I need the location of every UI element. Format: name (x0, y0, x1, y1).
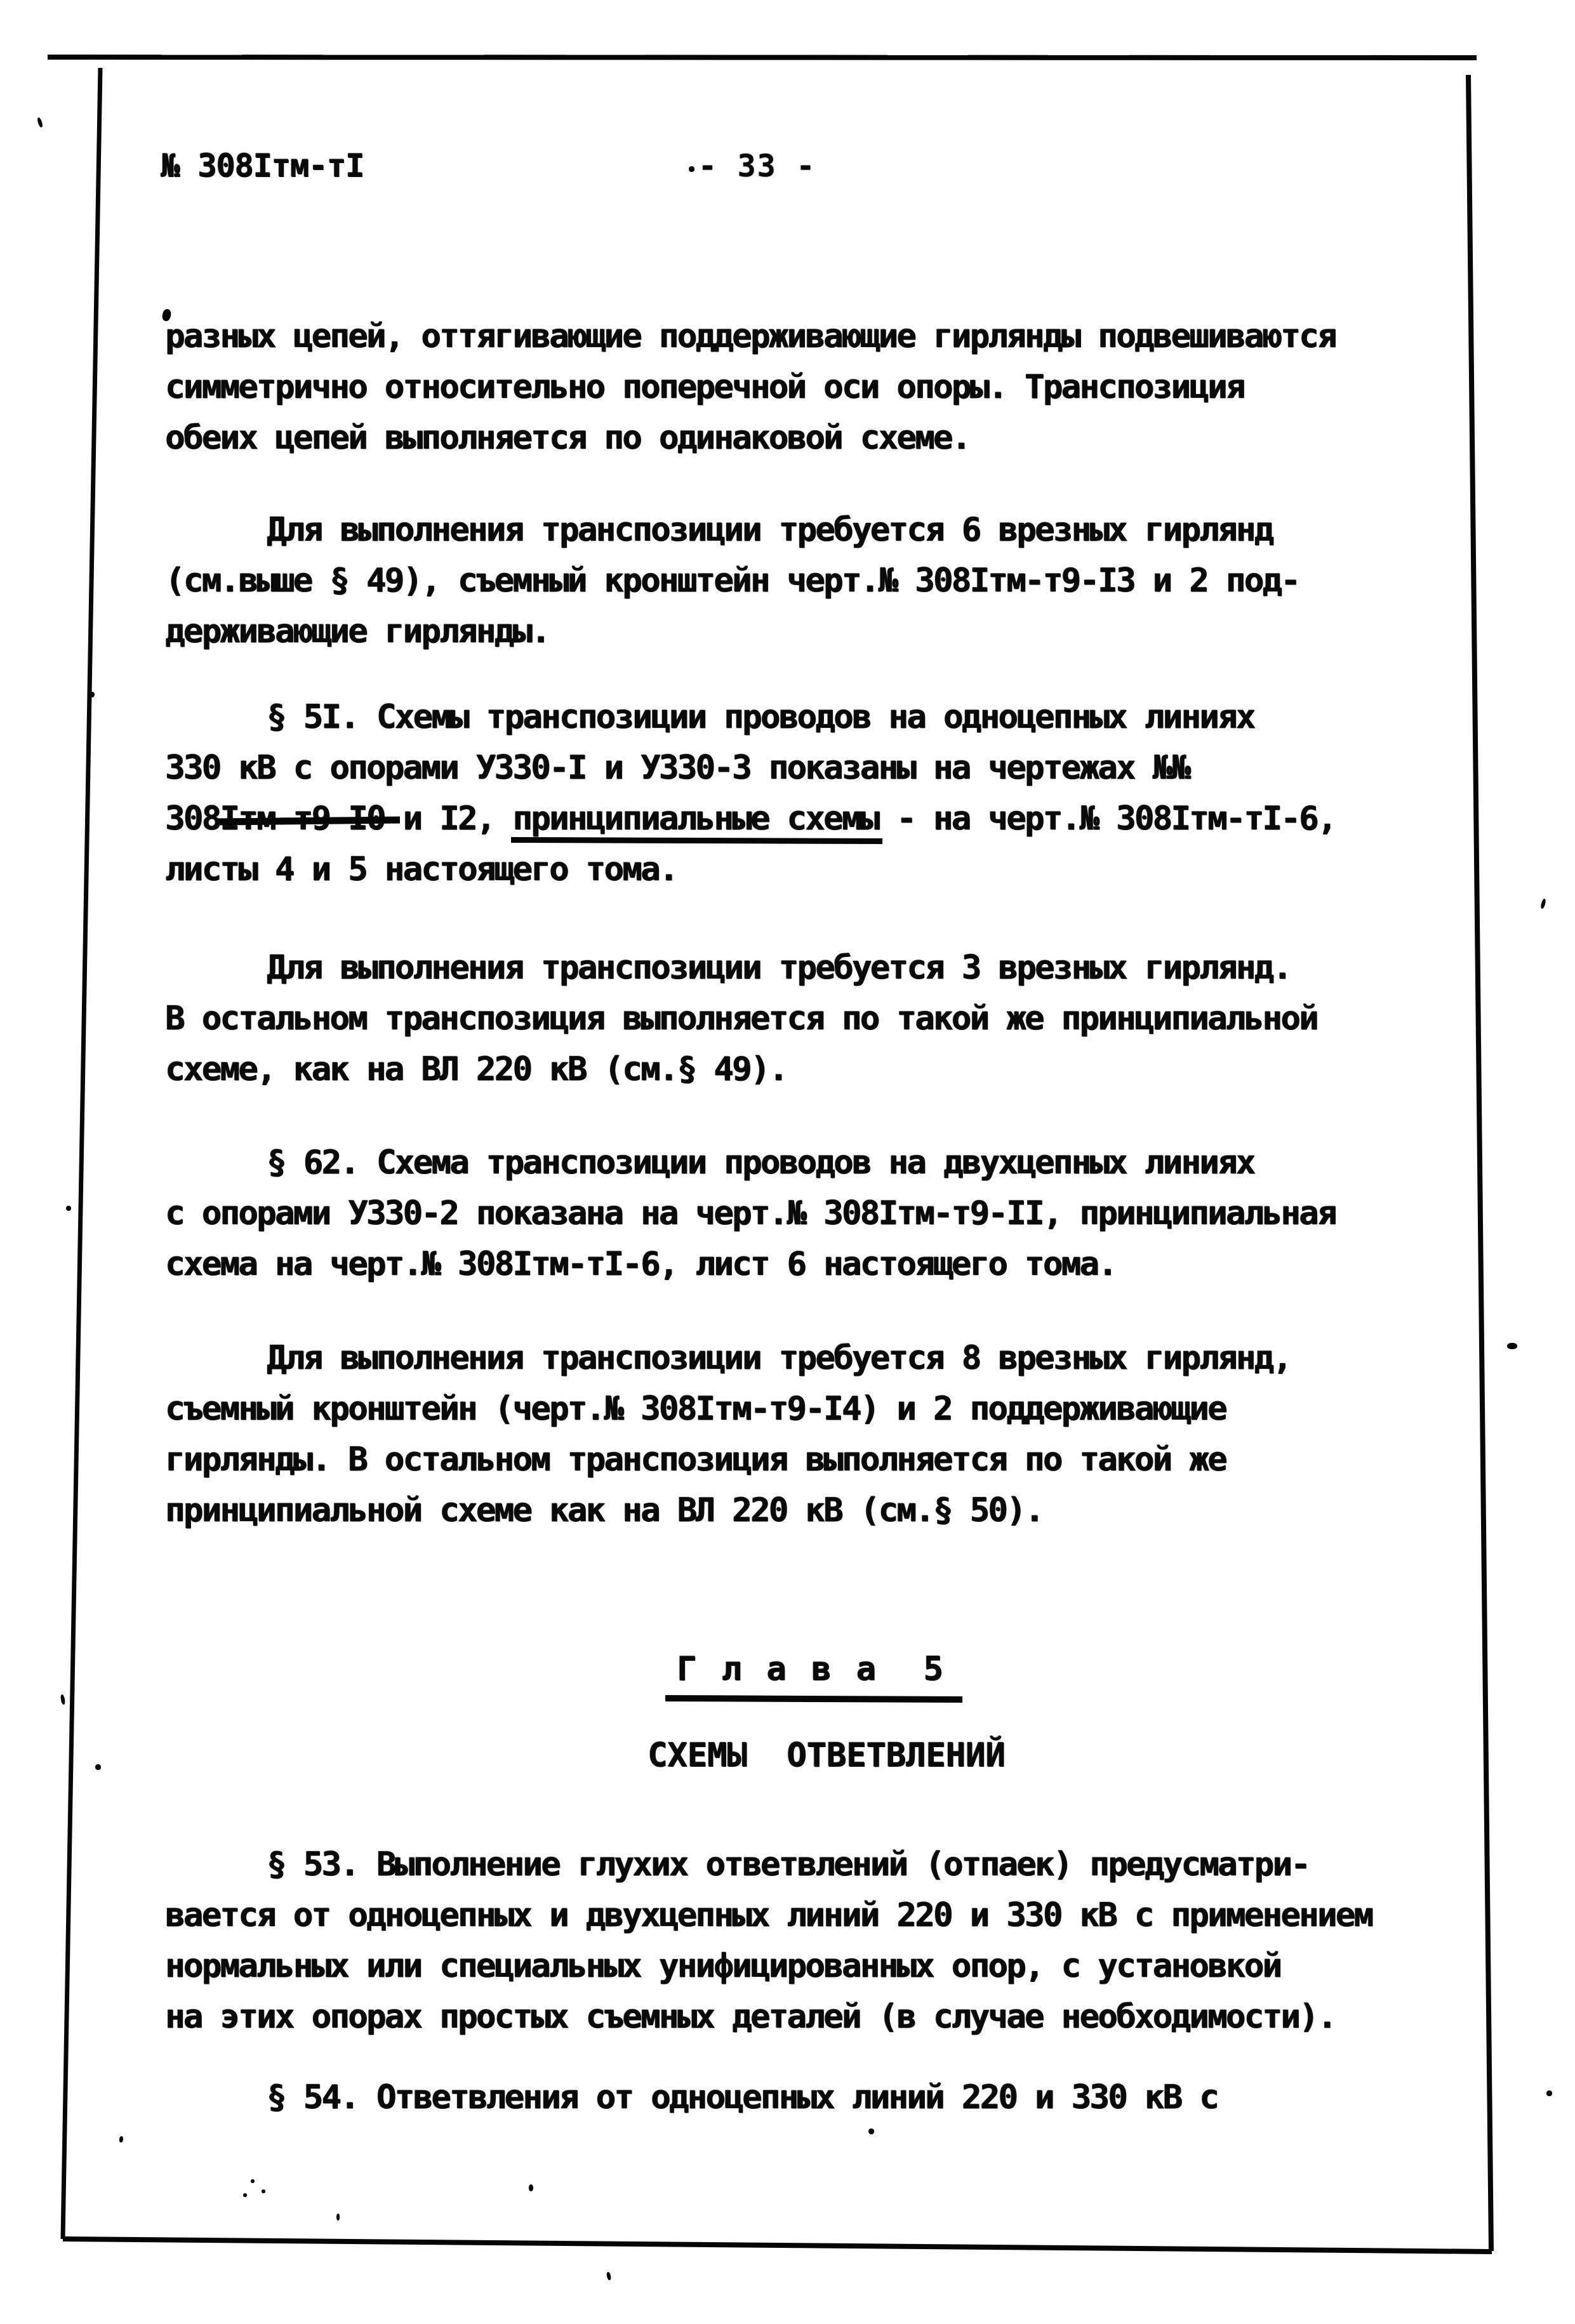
paragraph-5-section-62: § 62. Схема транспозиции проводов на дву… (165, 1137, 1422, 1290)
text-line: § 53. Выполнение глухих ответвлений (отп… (165, 1839, 1422, 1890)
paragraph-1: разных цепей, оттягивающие поддерживающи… (165, 311, 1422, 463)
ink-speck (66, 1206, 71, 1211)
ink-speck (529, 2184, 533, 2191)
paragraph-8-section-54: § 54. Ответвления от одноцепных линий 22… (165, 2072, 1422, 2123)
chapter-subtitle: СХЕМЫ ОТВЕТВЛЕНИЙ (648, 1736, 1006, 1774)
ink-speck (689, 166, 694, 172)
text-line: схема на черт.№ 308Iтм-тI-6, лист 6 наст… (165, 1239, 1422, 1290)
text-line: схеме, как на ВЛ 220 кВ (см.§ 49). (165, 1044, 1422, 1095)
text-line: Для выполнения транспозиции требуется 6 … (165, 505, 1422, 555)
text-line: 330 кВ с опорами У330-I и У330-3 показан… (165, 743, 1422, 793)
text-line: симметрично относительно поперечной оси … (165, 362, 1422, 413)
ink-speck (95, 1764, 101, 1770)
ink-speck (89, 692, 95, 697)
page-number: - 33 - (698, 149, 816, 184)
ink-speck (868, 2129, 874, 2134)
border-left-line (63, 68, 100, 2239)
ink-speck (1507, 1343, 1517, 1349)
ink-speck (243, 2193, 247, 2197)
ink-speck (336, 2214, 340, 2221)
text-line: § 54. Ответвления от одноцепных линий 22… (165, 2072, 1422, 2123)
ink-speck (262, 2189, 265, 2193)
paragraph-4: Для выполнения транспозиции требуется 3 … (165, 942, 1422, 1095)
border-bottom-line (63, 2239, 1492, 2252)
ink-speck (1546, 2090, 1552, 2096)
paragraph-7-section-53: § 53. Выполнение глухих ответвлений (отп… (165, 1839, 1422, 2042)
text-line: листы 4 и 5 настоящего тома. (165, 844, 1422, 895)
document-number: № 308Iтм-тI (161, 147, 364, 184)
text-line: Для выполнения транспозиции требуется 3 … (165, 942, 1422, 993)
text-line: В остальном транспозиция выполняется по … (165, 993, 1422, 1044)
text-line: Для выполнения транспозиции требуется 8 … (165, 1333, 1422, 1383)
ink-speck (251, 2179, 255, 2183)
border-top-line (48, 57, 1477, 58)
text-line: нормальных или специальных унифицированн… (165, 1941, 1422, 1991)
paragraph-6: Для выполнения транспозиции требуется 8 … (165, 1333, 1422, 1536)
paragraph-3-section-51: § 5I. Схемы транспозиции проводов на одн… (165, 692, 1422, 895)
text-line: на этих опорах простых съемных деталей (… (165, 1991, 1422, 2042)
text-line: гирлянды. В остальном транспозиция выпол… (165, 1434, 1422, 1485)
paragraph-2: Для выполнения транспозиции требуется 6 … (165, 505, 1422, 657)
text-line: § 62. Схема транспозиции проводов на дву… (165, 1137, 1422, 1188)
text-line: с опорами У330-2 показана на черт.№ 308I… (165, 1188, 1422, 1239)
text-line: (см.выше § 49), съемный кронштейн черт.№… (165, 555, 1422, 606)
text-line: вается от одноцепных и двухцепных линий … (165, 1890, 1422, 1941)
text-line: обеих цепей выполняется по одинаковой сх… (165, 413, 1422, 463)
scanned-document-page: № 308Iтм-тI - 33 - разных цепей, оттягив… (0, 0, 1575, 2324)
text-line: держивающие гирлянды. (165, 606, 1422, 657)
text-line: разных цепей, оттягивающие поддерживающи… (165, 311, 1422, 362)
chapter-title: Г л а в а 5 (677, 1650, 946, 1688)
border-right-line (1468, 75, 1491, 2251)
text-line: § 5I. Схемы транспозиции проводов на одн… (165, 692, 1422, 743)
text-line: съемный кронштейн (черт.№ 308Iтм-т9-I4) … (165, 1383, 1422, 1434)
chapter-title-underline (665, 1695, 962, 1703)
text-line: принципиальной схеме как на ВЛ 220 кВ (с… (165, 1485, 1422, 1536)
